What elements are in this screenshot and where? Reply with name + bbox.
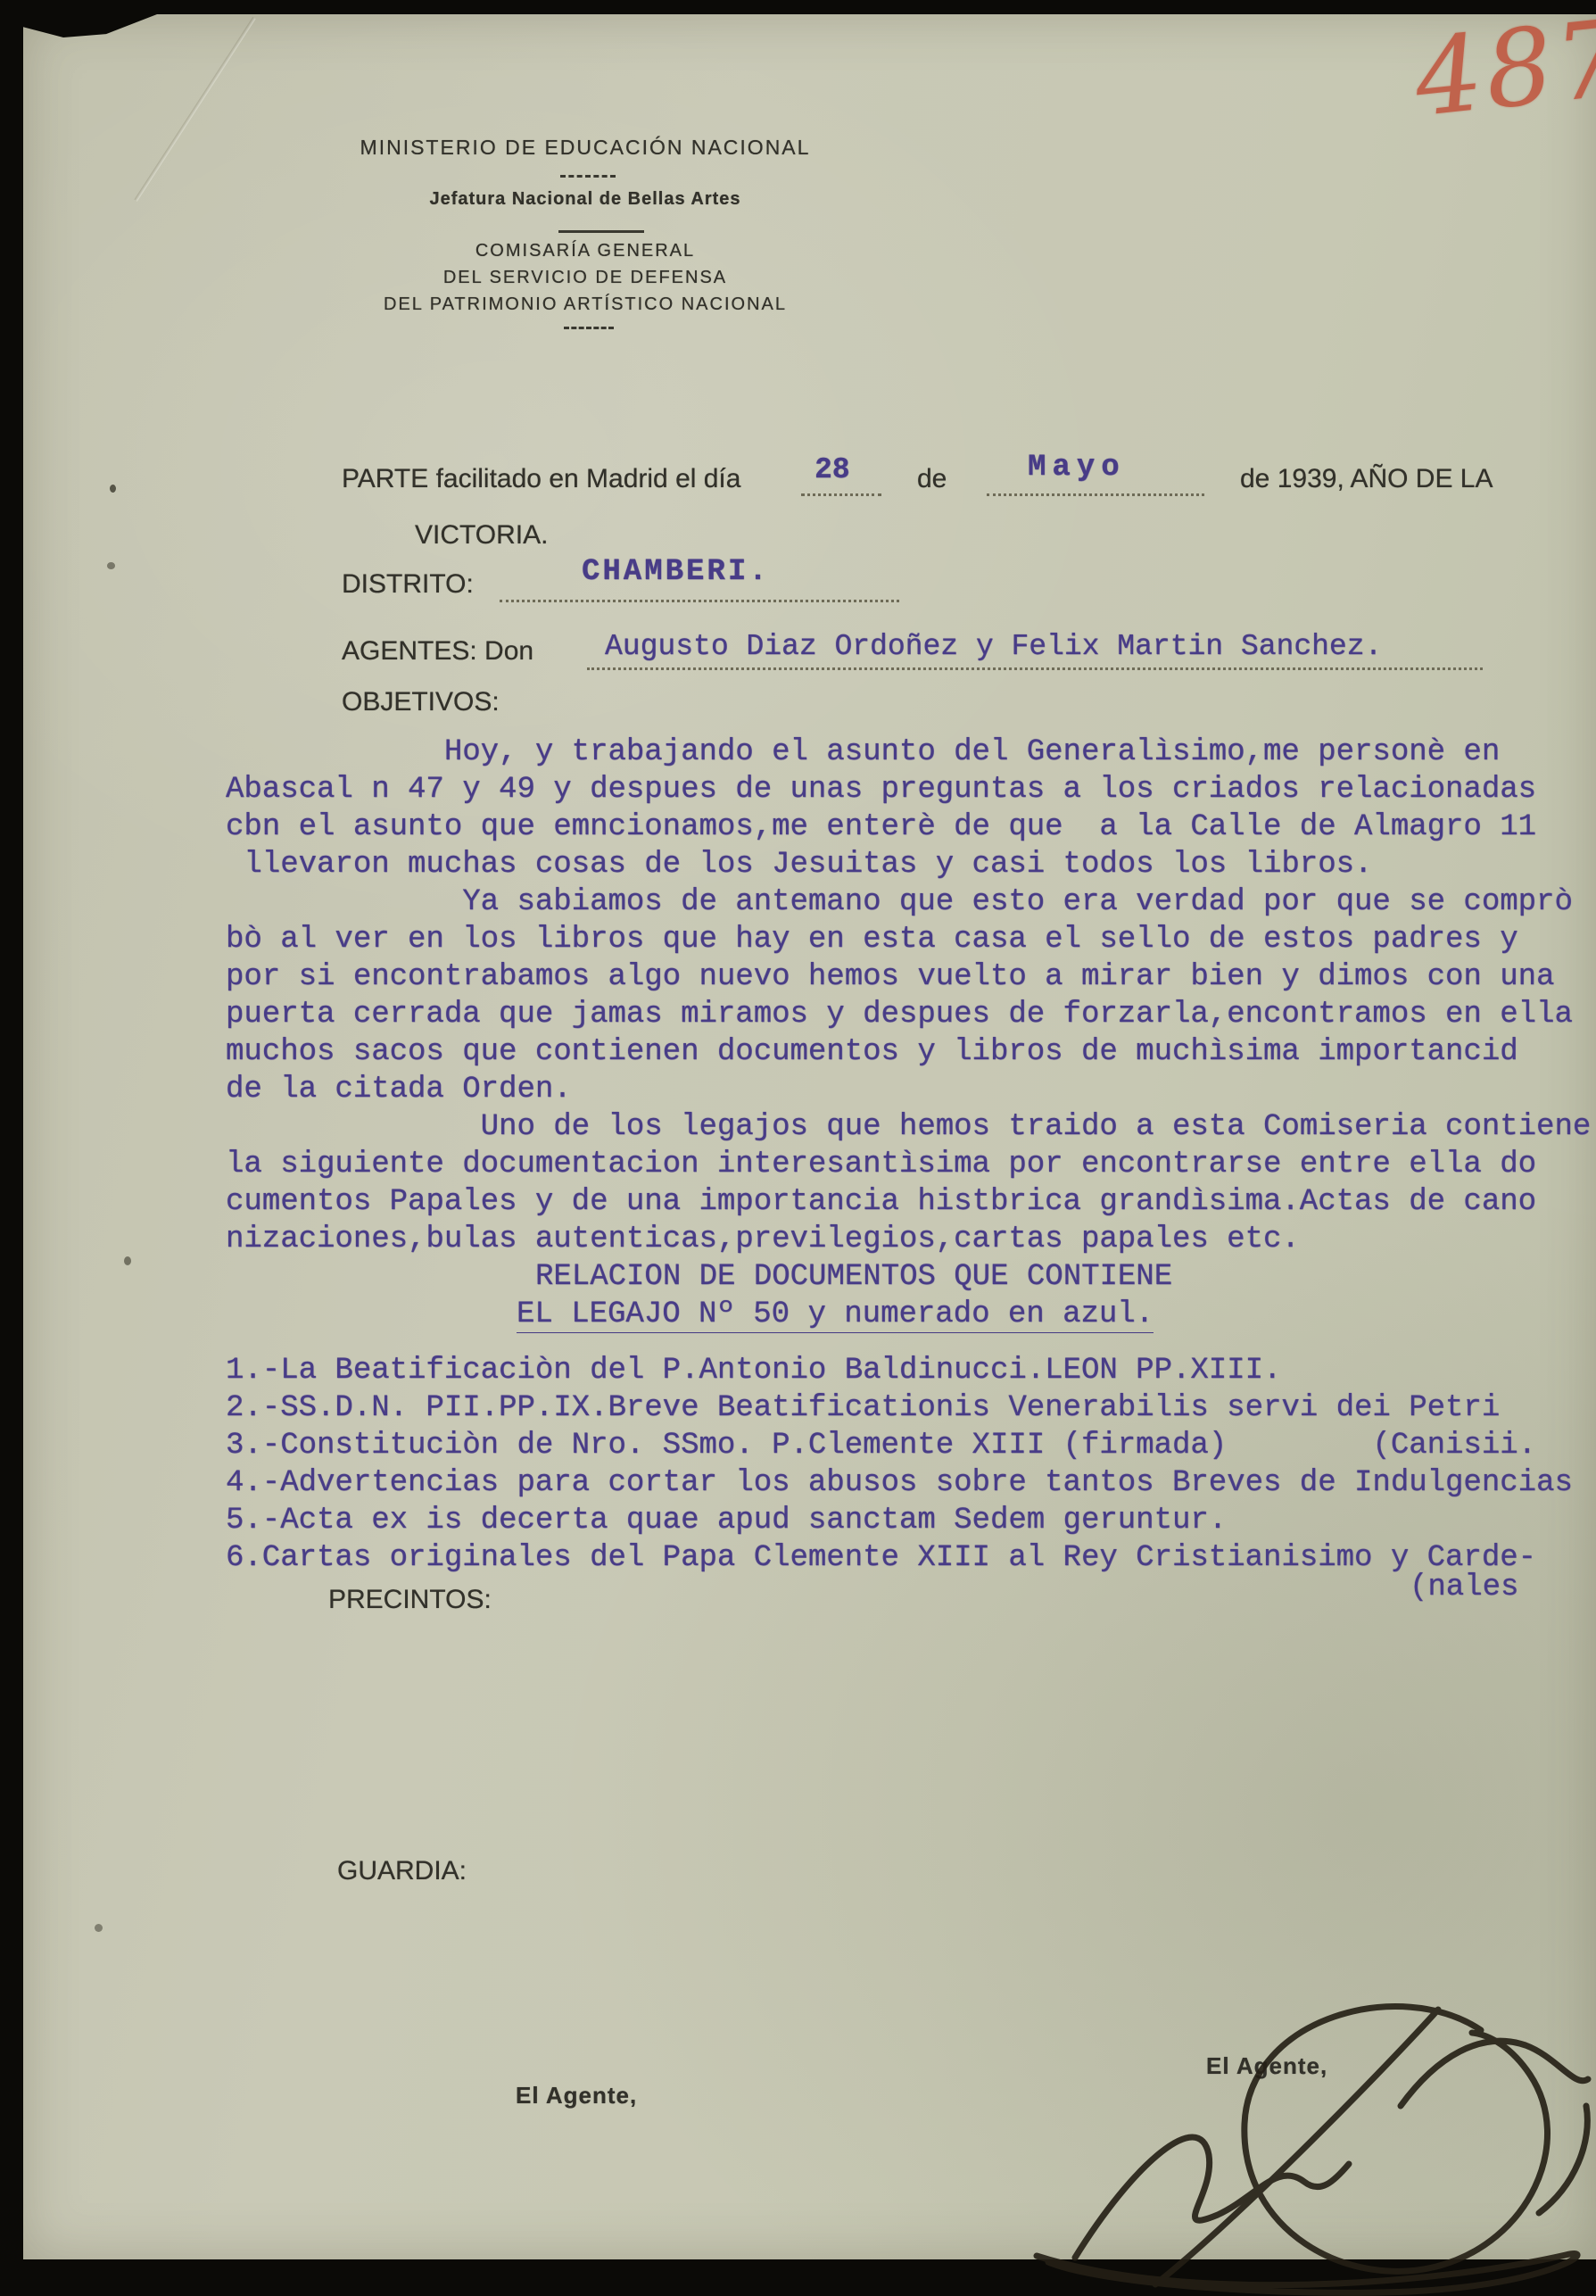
day-value: 28 [815, 453, 850, 486]
body-line: Uno de los legajos que hemos traido a es… [226, 1108, 1596, 1146]
folio-number: 487 [1409, 0, 1596, 140]
list-item: 3.-Constituciòn de Nro. SSmo. P.Clemente… [226, 1427, 1596, 1464]
document-list: 1.-La Beatificaciòn del P.Antonio Baldin… [226, 1352, 1596, 1577]
paper-speck [110, 485, 116, 493]
letterhead-comisaria: COMISARÍA GENERAL [335, 241, 836, 261]
agent-left-label: El Agente, [516, 2082, 637, 2110]
body-line: bò al ver en los libros que hay en esta … [226, 921, 1596, 958]
paper-speck [95, 1924, 103, 1932]
precintos-label: PRECINTOS: [328, 1585, 492, 1615]
agentes-value: Augusto Diaz Ordoñez y Felix Martin Sanc… [605, 630, 1382, 663]
letterhead-rule [560, 175, 616, 178]
victoria-label: VICTORIA. [415, 520, 548, 551]
body-line: de la citada Orden. [226, 1071, 1596, 1108]
letterhead-ministry: MINISTERIO DE EDUCACIÓN NACIONAL [335, 136, 836, 160]
month-value: Mayo [1028, 451, 1126, 485]
distrito-blank-line [500, 600, 899, 602]
legajo-heading-text: EL LEGAJO Nº 50 y numerado en azul. [517, 1297, 1154, 1333]
agentes-blank-line [587, 667, 1483, 670]
body-line: Hoy, y trabajando el asunto del Generalì… [226, 734, 1596, 771]
body-line: Ya sabiamos de antemano que esto era ver… [226, 883, 1596, 921]
letterhead-patrimonio: DEL PATRIMONIO ARTÍSTICO NACIONAL [335, 294, 836, 315]
distrito-value: CHAMBERI. [582, 555, 770, 589]
parte-suffix: de 1939, AÑO DE LA [1240, 464, 1493, 494]
list-item: 4.-Advertencias para cortar los abusos s… [226, 1464, 1596, 1502]
list-item: 5.-Acta ex is decerta quae apud sanctam … [226, 1502, 1596, 1539]
letterhead-jefatura: Jefatura Nacional de Bellas Artes [335, 189, 836, 210]
body-line: llevaron muchas cosas de los Jesuitas y … [226, 846, 1596, 883]
letterhead-rule [564, 327, 614, 329]
list-continuation: (nales [1410, 1571, 1518, 1604]
body-line: puerta cerrada que jamas miramos y despu… [226, 996, 1596, 1033]
objetivos-label: OBJETIVOS: [342, 687, 500, 717]
paper-speck [124, 1256, 131, 1265]
letterhead-servicio: DEL SERVICIO DE DEFENSA [335, 268, 836, 288]
parte-label: PARTE facilitado en Madrid el día [342, 464, 740, 494]
body-line: nizaciones,bulas autenticas,previlegios,… [226, 1221, 1596, 1258]
agent-signature [1017, 1990, 1596, 2296]
list-item: 1.-La Beatificaciòn del P.Antonio Baldin… [226, 1352, 1596, 1389]
body-line: la siguiente documentacion interesantìsi… [226, 1146, 1596, 1183]
scanned-document: 487 MINISTERIO DE EDUCACIÓN NACIONAL Jef… [0, 0, 1596, 2296]
de-label: de [917, 464, 947, 494]
report-body: Hoy, y trabajando el asunto del Generalì… [226, 734, 1596, 1333]
letterhead-rule [558, 230, 644, 233]
legajo-heading: EL LEGAJO Nº 50 y numerado en azul. [226, 1296, 1596, 1333]
body-line: Abascal n 47 y 49 y despues de unas preg… [226, 771, 1596, 808]
body-line: por si encontrabamos algo nuevo hemos vu… [226, 958, 1596, 996]
guardia-label: GUARDIA: [337, 1856, 467, 1886]
body-line: cumentos Papales y de una importancia hi… [226, 1183, 1596, 1221]
relation-heading: RELACION DE DOCUMENTOS QUE CONTIENE [226, 1258, 1596, 1296]
body-line: muchos sacos que contienen documentos y … [226, 1033, 1596, 1071]
distrito-label: DISTRITO: [342, 569, 474, 600]
body-line: cbn el asunto que emncionamos,me enterè … [226, 808, 1596, 846]
list-item: 2.-SS.D.N. PII.PP.IX.Breve Beatification… [226, 1389, 1596, 1427]
list-item: 6.Cartas originales del Papa Clemente XI… [226, 1539, 1596, 1577]
day-blank-line [801, 493, 881, 496]
paper-speck [107, 562, 115, 569]
month-blank-line [987, 493, 1204, 496]
agentes-label: AGENTES: Don [342, 636, 533, 667]
